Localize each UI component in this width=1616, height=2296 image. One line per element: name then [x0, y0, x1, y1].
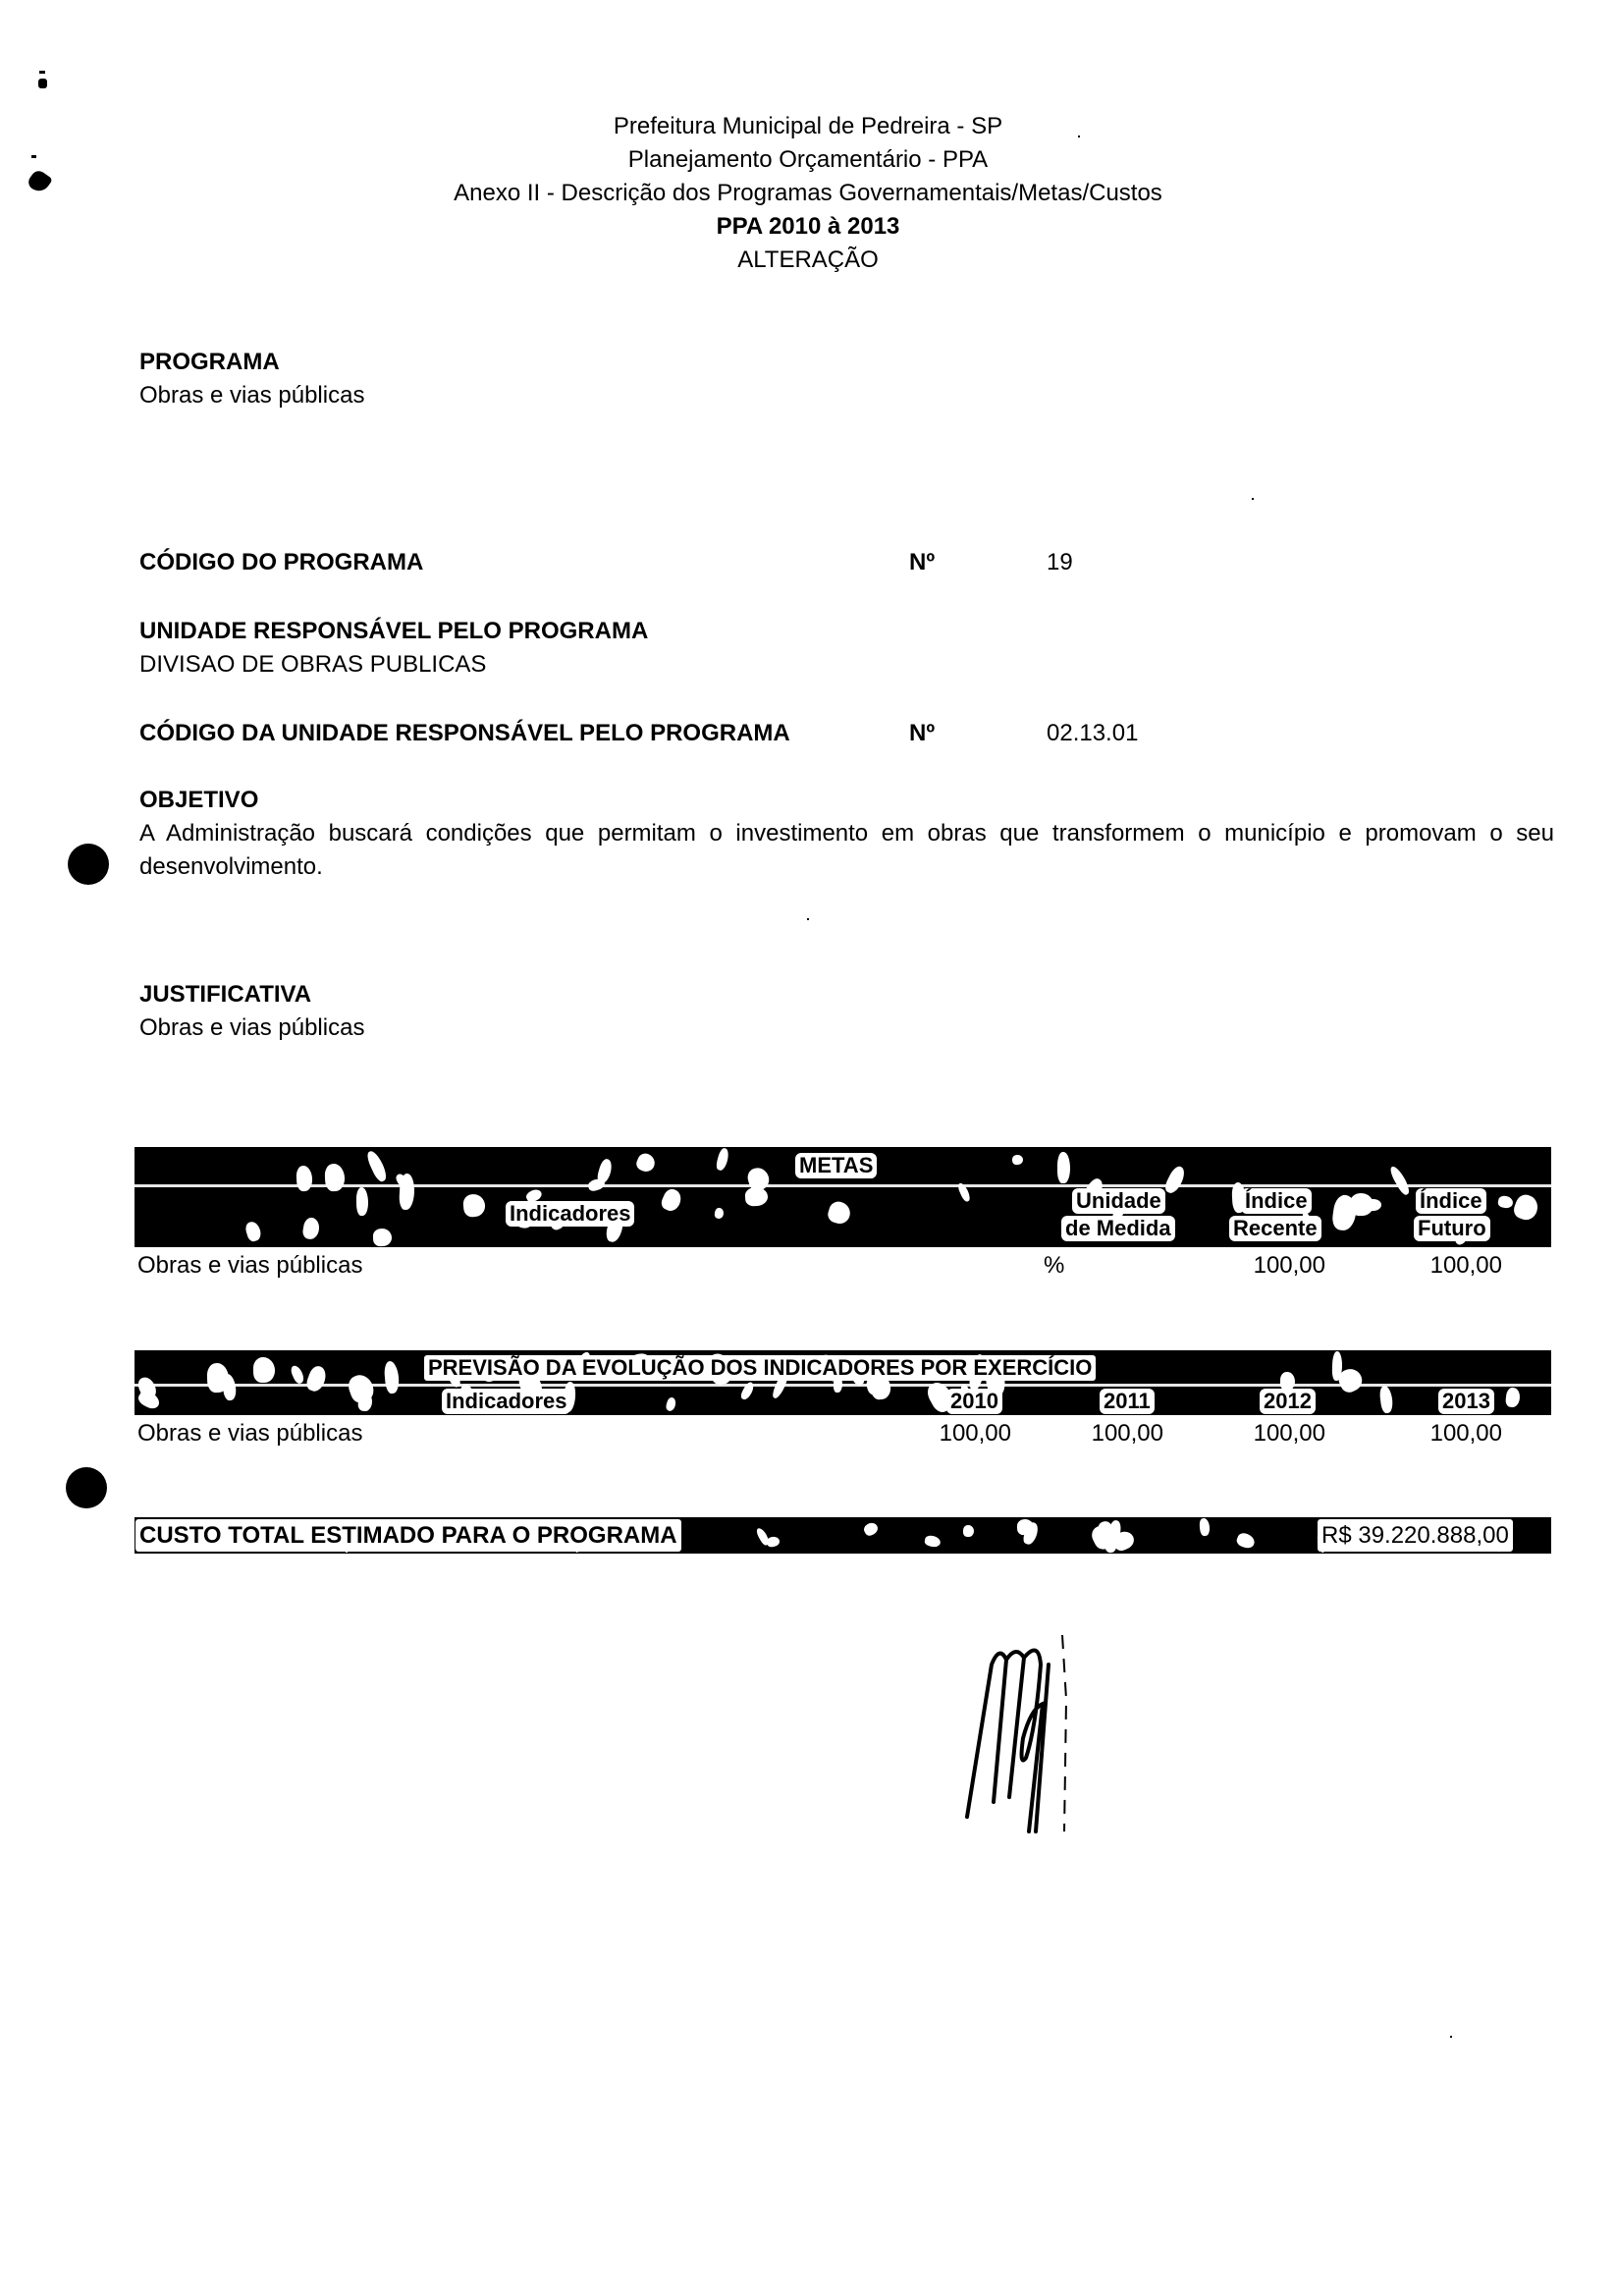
row-value-2010: 100,00 — [893, 1419, 1011, 1449]
codigo-programa-value: 19 — [1047, 546, 1073, 579]
scan-noise — [714, 1207, 725, 1220]
programa-value: Obras e vias públicas — [139, 379, 364, 412]
col-unidade-line1: Unidade — [1072, 1188, 1165, 1214]
scan-mark — [1450, 2036, 1452, 2038]
col-year-2011: 2011 — [1100, 1389, 1155, 1414]
header-ppa-period: PPA 2010 à 2013 — [0, 210, 1616, 244]
scan-noise — [1497, 1195, 1514, 1209]
unidade-responsavel-value: DIVISAO DE OBRAS PUBLICAS — [139, 648, 486, 682]
header-divider — [135, 1184, 1551, 1187]
row-indice-recente: 100,00 — [1208, 1251, 1325, 1281]
header-municipality: Prefeitura Municipal de Pedreira - SP — [0, 110, 1616, 143]
scan-noise — [596, 1158, 614, 1185]
scan-noise — [1388, 1165, 1412, 1197]
scan-mark — [1252, 498, 1254, 500]
scan-noise — [356, 1187, 368, 1216]
scan-noise — [963, 1525, 974, 1537]
scan-noise — [665, 1396, 677, 1412]
scan-noise — [243, 1221, 262, 1243]
signature — [923, 1620, 1100, 1846]
col-futuro-line1: Índice — [1416, 1188, 1486, 1214]
scan-noise — [304, 1364, 329, 1394]
col-unidade-line2: de Medida — [1061, 1216, 1175, 1241]
scan-noise — [745, 1186, 770, 1207]
codigo-programa-no-label: Nº — [909, 546, 935, 579]
col-recente-line2: Recente — [1229, 1216, 1321, 1241]
scan-noise — [659, 1186, 683, 1214]
scan-mark — [38, 79, 47, 88]
scan-noise — [767, 1535, 781, 1547]
scan-noise — [290, 1364, 306, 1386]
col-indicadores: Indicadores — [506, 1201, 634, 1227]
scan-noise — [634, 1151, 658, 1174]
header-planning: Planejamento Orçamentário - PPA — [0, 143, 1616, 177]
scan-noise — [1057, 1152, 1070, 1183]
metas-table-header: METAS Indicadores Unidade de Medida Índi… — [135, 1147, 1551, 1247]
scan-noise — [924, 1534, 942, 1548]
scan-noise — [462, 1192, 486, 1217]
scan-noise — [1236, 1531, 1258, 1551]
programa-label: PROGRAMA — [139, 346, 280, 379]
header-alteration: ALTERAÇÃO — [0, 244, 1616, 277]
metas-title: METAS — [795, 1153, 877, 1178]
scan-noise — [383, 1361, 400, 1394]
scan-mark — [39, 71, 45, 74]
justificativa-value: Obras e vias públicas — [139, 1011, 364, 1045]
scan-noise — [862, 1520, 880, 1537]
custo-total-value: R$ 39.220.888,00 — [1318, 1519, 1513, 1552]
scan-noise — [346, 1372, 377, 1406]
header-annex: Anexo II - Descrição dos Programas Gover… — [0, 177, 1616, 210]
scan-noise — [715, 1147, 729, 1172]
scan-noise — [1511, 1192, 1540, 1223]
scan-noise — [206, 1363, 229, 1394]
col-indicadores: Indicadores — [442, 1389, 570, 1414]
punch-hole — [66, 1467, 107, 1508]
scan-noise — [1199, 1518, 1211, 1537]
codigo-unidade-no-label: Nº — [909, 717, 935, 750]
col-futuro-line2: Futuro — [1414, 1216, 1490, 1241]
scan-noise — [1162, 1165, 1188, 1197]
row-unidade: % — [1044, 1251, 1064, 1281]
row-indicador: Obras e vias públicas — [137, 1251, 362, 1281]
header-divider — [135, 1384, 1551, 1387]
col-year-2010: 2010 — [946, 1389, 1002, 1414]
row-value-2013: 100,00 — [1384, 1419, 1502, 1449]
col-year-2013: 2013 — [1438, 1389, 1494, 1414]
row-indice-futuro: 100,00 — [1384, 1251, 1502, 1281]
custo-total-bar: CUSTO TOTAL ESTIMADO PARA O PROGRAMA R$ … — [135, 1517, 1551, 1554]
previsao-table-header: PREVISÃO DA EVOLUÇÃO DOS INDICADORES POR… — [135, 1350, 1551, 1415]
row-indicador: Obras e vias públicas — [137, 1419, 362, 1449]
col-year-2012: 2012 — [1260, 1389, 1316, 1414]
custo-total-label: CUSTO TOTAL ESTIMADO PARA O PROGRAMA — [135, 1519, 681, 1552]
justificativa-label: JUSTIFICATIVA — [139, 978, 311, 1011]
codigo-programa-label: CÓDIGO DO PROGRAMA — [139, 546, 423, 579]
scan-noise — [399, 1174, 415, 1210]
scan-noise — [826, 1200, 853, 1227]
scan-noise — [365, 1149, 390, 1183]
scan-noise — [1366, 1198, 1382, 1212]
row-value-2012: 100,00 — [1208, 1419, 1325, 1449]
col-recente-line1: Índice — [1241, 1188, 1312, 1214]
scan-noise — [1280, 1372, 1295, 1391]
objetivo-label: OBJETIVO — [139, 784, 258, 817]
objetivo-value: A Administração buscará condições que pe… — [139, 817, 1554, 884]
unidade-responsavel-label: UNIDADE RESPONSÁVEL PELO PROGRAMA — [139, 615, 648, 648]
codigo-unidade-label: CÓDIGO DA UNIDADE RESPONSÁVEL PELO PROGR… — [139, 717, 790, 750]
previsao-title: PREVISÃO DA EVOLUÇÃO DOS INDICADORES POR… — [424, 1355, 1096, 1381]
scan-noise — [1379, 1386, 1394, 1414]
scan-noise — [301, 1217, 321, 1240]
scan-noise — [1011, 1154, 1023, 1165]
scan-noise — [372, 1228, 392, 1246]
scan-noise — [1505, 1387, 1521, 1407]
codigo-unidade-value: 02.13.01 — [1047, 717, 1138, 750]
scan-noise — [253, 1356, 276, 1382]
scan-mark — [807, 918, 809, 920]
row-value-2011: 100,00 — [1046, 1419, 1163, 1449]
punch-hole — [68, 844, 109, 885]
